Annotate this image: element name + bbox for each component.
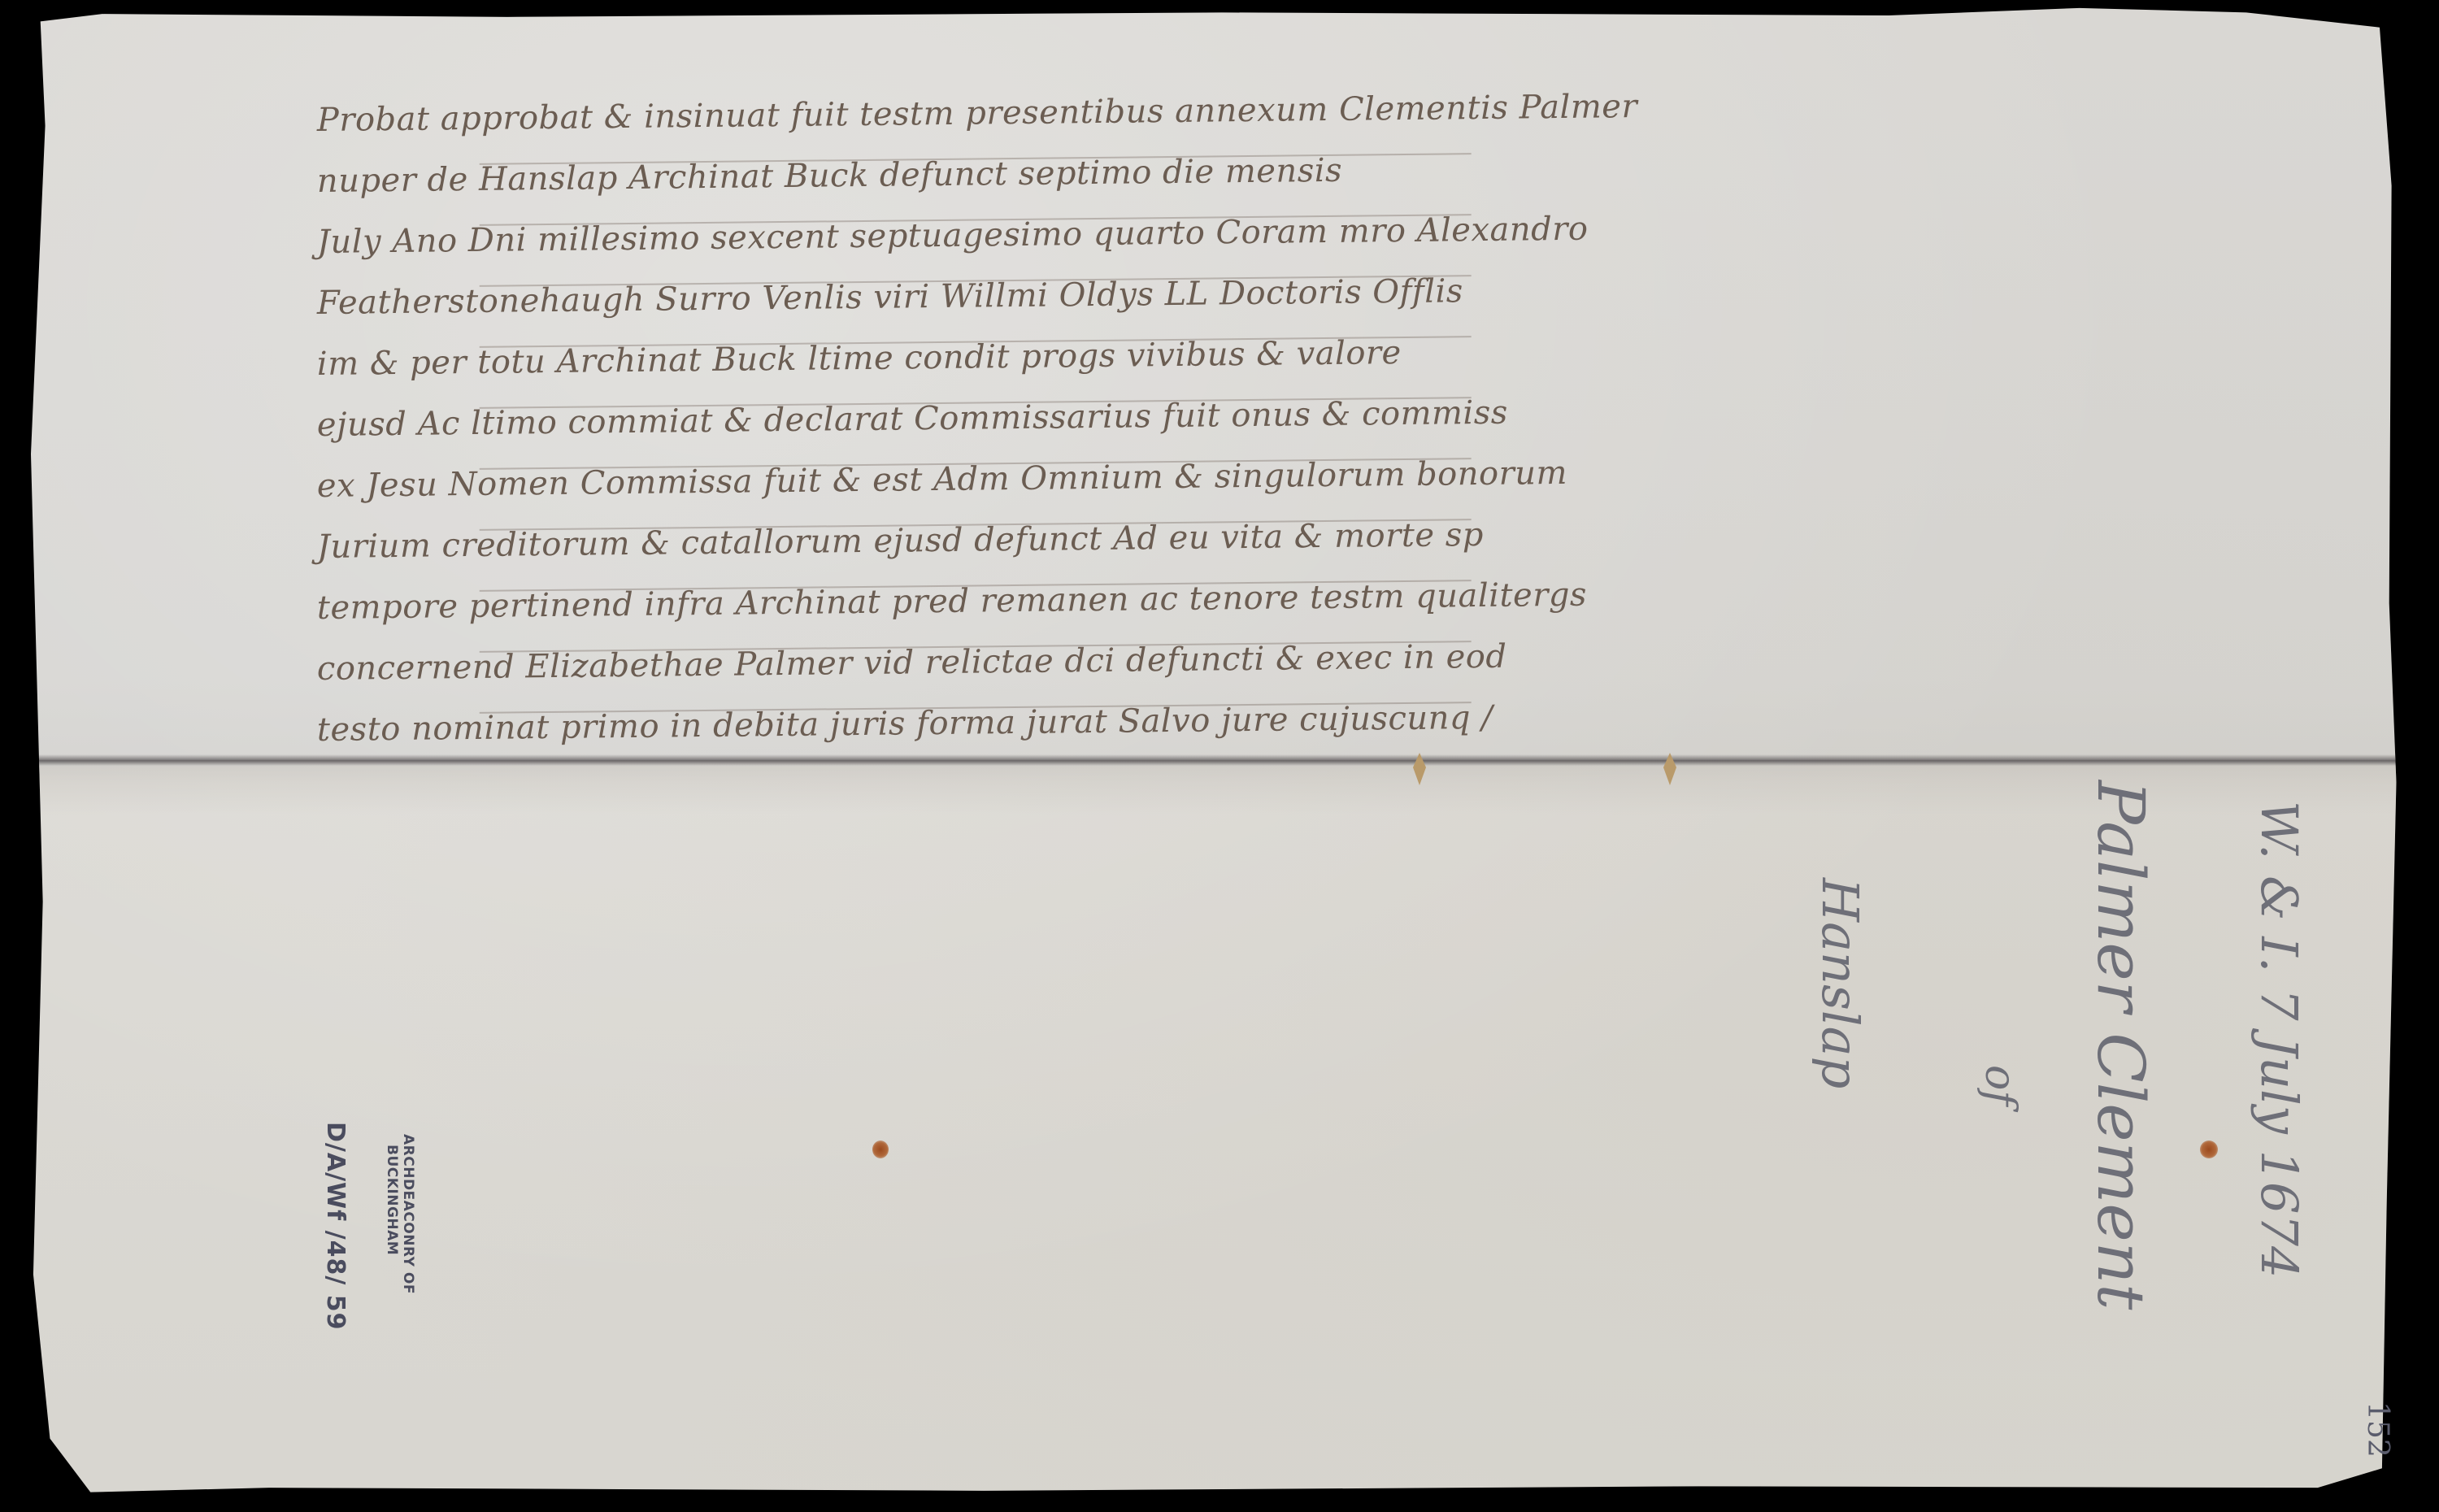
endorsement-of: of [1976,1065,2024,1106]
archive-stamp-line1: ARCHDEACONRY OF [400,1134,416,1294]
rust-stain-spot-right [2200,1141,2218,1158]
archive-stamp-line2: BUCKINGHAM [384,1145,400,1255]
document-scan: Probat approbat & insinuat fuit testm pr… [0,0,2439,1512]
folio-mark: 152 [2361,1401,2394,1458]
manuscript-line: testo nominat primo in debita juris form… [317,693,1537,767]
manuscript-text-block: Probat approbat & insinuat fuit testm pr… [317,96,1537,767]
rust-stain-spot [872,1141,889,1158]
endorsement-place: Hanslap [1811,878,1870,1088]
fold-shadow [31,766,2413,815]
endorsement-name: Palmer Clement [2083,780,2159,1310]
endorsement-date: W. & I. 7 July 1674 [2250,801,2309,1278]
archive-reference-number: D/A/Wf /48/ 59 [321,1122,350,1330]
